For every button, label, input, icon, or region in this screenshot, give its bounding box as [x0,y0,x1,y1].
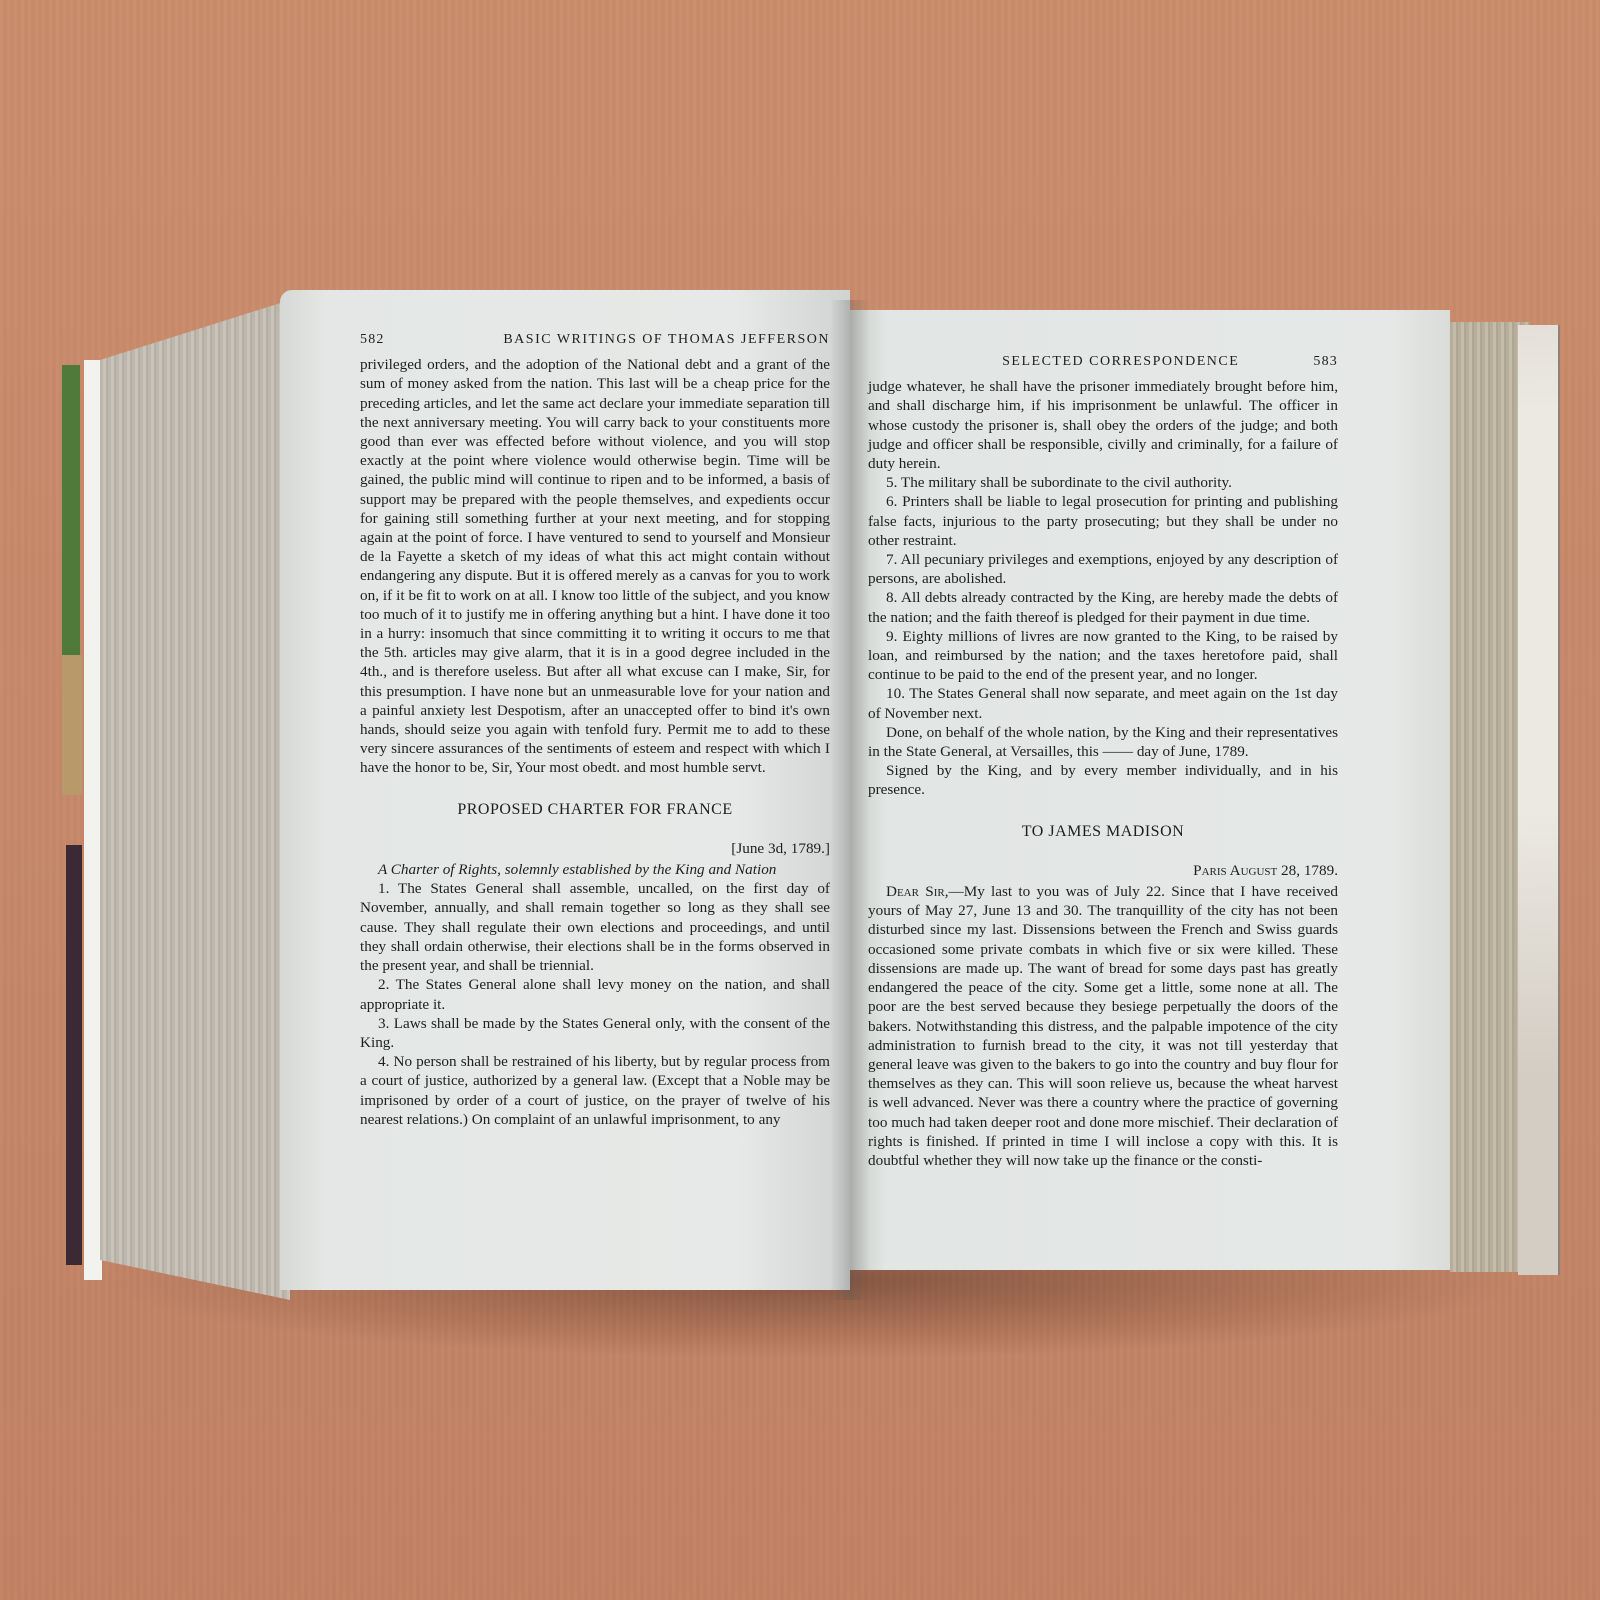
article-4: 4. No person shall be restrained of his … [360,1052,830,1129]
done-clause: Done, on behalf of the whole nation, by … [868,723,1338,761]
article-10: 10. The States General shall now separat… [868,684,1338,722]
section-heading-charter: PROPOSED CHARTER FOR FRANCE [360,800,830,819]
cover-purple-band [66,845,82,1265]
book-gutter [830,300,870,1300]
article-8: 8. All debts already contracted by the K… [868,588,1338,626]
right-page-number: 583 [1313,352,1338,371]
article-6: 6. Printers shall be liable to legal pro… [868,492,1338,550]
book-cover-right [1518,325,1560,1275]
charter-subtitle: A Charter of Rights, solemnly establishe… [360,860,830,879]
article-1: 1. The States General shall assemble, un… [360,879,830,975]
cover-green-band [62,365,80,655]
page-stack-left [100,300,290,1300]
right-page-text: SELECTED CORRESPONDENCE 583 judge whatev… [868,352,1338,1170]
letter-body: —My last to you was of July 22. Since th… [868,883,1338,1169]
charter-date: [June 3d, 1789.] [360,839,830,858]
left-page-text: 582 BASIC WRITINGS OF THOMAS JEFFERSON p… [360,330,830,1129]
article-5: 5. The military shall be subordinate to … [868,473,1338,492]
article-2: 2. The States General alone shall levy m… [360,975,830,1013]
cover-white-edge [84,360,102,1280]
article-9: 9. Eighty millions of livres are now gra… [868,627,1338,685]
letter-continuation: privileged orders, and the adoption of t… [360,355,830,777]
right-running-head: SELECTED CORRESPONDENCE 583 [868,352,1338,371]
article-4-continuation: judge whatever, he shall have the prison… [868,377,1338,473]
letter-dateline: Paris August 28, 1789. [868,861,1338,880]
letter-salutation: Dear Sir, [886,883,949,900]
article-7: 7. All pecuniary privileges and exemptio… [868,550,1338,588]
right-running-title: SELECTED CORRESPONDENCE [1002,352,1239,371]
article-3: 3. Laws shall be made by the States Gene… [360,1014,830,1052]
left-page-number: 582 [360,330,385,349]
left-running-title: BASIC WRITINGS OF THOMAS JEFFERSON [503,330,830,349]
left-running-head: 582 BASIC WRITINGS OF THOMAS JEFFERSON [360,330,830,349]
cover-tan-band [62,655,82,795]
section-heading-madison: TO JAMES MADISON [868,822,1338,841]
signed-clause: Signed by the King, and by every member … [868,761,1338,799]
